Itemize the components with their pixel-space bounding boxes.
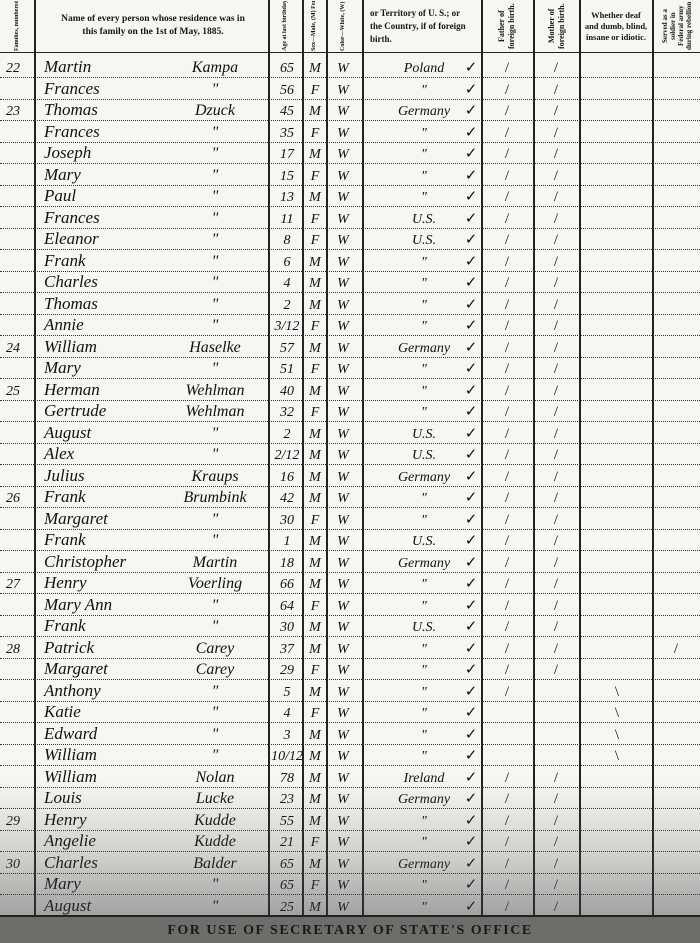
surname: Kampa (160, 55, 270, 78)
mother-foreign-mark: / (534, 786, 578, 809)
birthplace-check-mark: ✓ (462, 249, 480, 272)
birthplace-check-mark: ✓ (462, 743, 480, 766)
given-name: Edward (44, 722, 164, 745)
mother-foreign-mark: / (534, 765, 578, 788)
family-number (6, 464, 34, 487)
age: 23 (272, 786, 302, 809)
infirmity-mark (582, 356, 652, 379)
given-name: Frank (44, 614, 164, 637)
sex: F (304, 829, 326, 852)
surname: " (160, 679, 270, 702)
infirmity-mark (582, 55, 652, 78)
served-mark (654, 786, 698, 809)
infirmity-mark (582, 507, 652, 530)
surname: " (160, 77, 270, 100)
infirmity-mark: \ (582, 700, 652, 723)
father-foreign-mark: / (482, 55, 532, 78)
table-row: Frank"1MWU.S.//✓ (0, 528, 700, 551)
family-number (6, 765, 34, 788)
father-foreign-mark: / (482, 335, 532, 358)
family-number (6, 894, 34, 917)
birthplace-check-mark: ✓ (462, 894, 480, 917)
infirmity-mark (582, 872, 652, 895)
birthplace-check-mark: ✓ (462, 120, 480, 143)
sex: M (304, 421, 326, 444)
color: W (328, 464, 358, 487)
mother-foreign-mark: / (534, 184, 578, 207)
family-number: 22 (6, 55, 34, 78)
table-row: William"10/12MW"\✓ (0, 743, 700, 766)
birthplace-check-mark: ✓ (462, 464, 480, 487)
given-name: Margaret (44, 657, 164, 680)
infirmity-mark (582, 141, 652, 164)
sex: M (304, 528, 326, 551)
table-row: 26FrankBrumbink42MW"//✓ (0, 485, 700, 508)
infirmity-mark (582, 120, 652, 143)
mother-foreign-mark: / (534, 249, 578, 272)
age: 6 (272, 249, 302, 272)
infirmity-mark (582, 464, 652, 487)
footer-banner: FOR USE OF SECRETARY OF STATE'S OFFICE (0, 915, 700, 943)
age: 2 (272, 421, 302, 444)
color: W (328, 657, 358, 680)
age: 30 (272, 614, 302, 637)
served-mark (654, 700, 698, 723)
surname: " (160, 528, 270, 551)
infirmity-mark (582, 270, 652, 293)
father-foreign-mark: / (482, 679, 532, 702)
surname: Kraups (160, 464, 270, 487)
age: 5 (272, 679, 302, 702)
table-row: 28PatrickCarey37MW"///✓ (0, 636, 700, 659)
header-infirmity: Whether deaf and dumb, blind, insane or … (580, 0, 652, 52)
birthplace-check-mark: ✓ (462, 485, 480, 508)
surname: " (160, 700, 270, 723)
infirmity-mark: \ (582, 679, 652, 702)
age: 11 (272, 206, 302, 229)
birthplace-check-mark: ✓ (462, 184, 480, 207)
mother-foreign-mark: / (534, 292, 578, 315)
sex: M (304, 464, 326, 487)
infirmity-mark (582, 485, 652, 508)
father-foreign-mark: / (482, 593, 532, 616)
birthplace-check-mark: ✓ (462, 765, 480, 788)
infirmity-mark (582, 550, 652, 573)
sex: F (304, 593, 326, 616)
served-mark (654, 808, 698, 831)
header-birthplace: or Territory of U. S.; or the Country, i… (364, 0, 480, 52)
family-number (6, 270, 34, 293)
served-mark (654, 421, 698, 444)
given-name: Frank (44, 528, 164, 551)
family-number (6, 399, 34, 422)
age: 18 (272, 550, 302, 573)
column-header: Families, numbered in the order of visit… (0, 0, 700, 53)
infirmity-mark (582, 77, 652, 100)
surname: " (160, 141, 270, 164)
infirmity-mark (582, 399, 652, 422)
served-mark (654, 399, 698, 422)
surname: " (160, 356, 270, 379)
given-name: August (44, 894, 164, 917)
mother-foreign-mark: / (534, 442, 578, 465)
given-name: Anthony (44, 679, 164, 702)
served-mark (654, 120, 698, 143)
table-row: August"2MWU.S.//✓ (0, 421, 700, 444)
sex: M (304, 270, 326, 293)
family-number (6, 421, 34, 444)
sex: F (304, 657, 326, 680)
given-name: Martin (44, 55, 164, 78)
header-family: Families, numbered in the order of visit… (0, 0, 34, 52)
birthplace-check-mark: ✓ (462, 163, 480, 186)
sex: M (304, 894, 326, 917)
age: 64 (272, 593, 302, 616)
family-number (6, 120, 34, 143)
sex: M (304, 851, 326, 874)
age: 4 (272, 700, 302, 723)
age: 66 (272, 571, 302, 594)
color: W (328, 270, 358, 293)
infirmity-mark (582, 657, 652, 680)
family-number (6, 528, 34, 551)
surname: Dzuck (160, 98, 270, 121)
family-number (6, 249, 34, 272)
surname: " (160, 722, 270, 745)
surname: Brumbink (160, 485, 270, 508)
infirmity-mark (582, 378, 652, 401)
served-mark (654, 765, 698, 788)
given-name: Angelie (44, 829, 164, 852)
given-name: Henry (44, 571, 164, 594)
mother-foreign-mark: / (534, 270, 578, 293)
surname: Nolan (160, 765, 270, 788)
father-foreign-mark: / (482, 163, 532, 186)
color: W (328, 851, 358, 874)
age: 3 (272, 722, 302, 745)
color: W (328, 507, 358, 530)
surname: " (160, 614, 270, 637)
age: 57 (272, 335, 302, 358)
header-name: Name of every person whose residence was… (40, 0, 266, 52)
table-row: Thomas"2MW"//✓ (0, 292, 700, 315)
mother-foreign-mark: / (534, 98, 578, 121)
given-name: William (44, 743, 164, 766)
infirmity-mark (582, 98, 652, 121)
family-number (6, 829, 34, 852)
served-mark (654, 485, 698, 508)
age: 13 (272, 184, 302, 207)
given-name: Annie (44, 313, 164, 336)
mother-foreign-mark: / (534, 829, 578, 852)
birthplace-check-mark: ✓ (462, 872, 480, 895)
mother-foreign-mark (534, 722, 578, 745)
family-number (6, 872, 34, 895)
mother-foreign-mark (534, 743, 578, 766)
color: W (328, 722, 358, 745)
table-row: 27HenryVoerling66MW"//✓ (0, 571, 700, 594)
family-number (6, 227, 34, 250)
given-name: Gertrude (44, 399, 164, 422)
mother-foreign-mark: / (534, 356, 578, 379)
table-row: Joseph"17MW"//✓ (0, 141, 700, 164)
served-mark (654, 571, 698, 594)
given-name: Christopher (44, 550, 164, 573)
served-mark (654, 464, 698, 487)
family-number: 30 (6, 851, 34, 874)
given-name: Herman (44, 378, 164, 401)
mother-foreign-mark: / (534, 163, 578, 186)
birthplace-check-mark: ✓ (462, 571, 480, 594)
family-number (6, 593, 34, 616)
given-name: Thomas (44, 98, 164, 121)
color: W (328, 77, 358, 100)
color: W (328, 356, 358, 379)
header-father: Father of foreign birth. (482, 0, 532, 52)
surname: Kudde (160, 829, 270, 852)
birthplace-check-mark: ✓ (462, 851, 480, 874)
table-row: 22MartinKampa65MWPoland//✓ (0, 55, 700, 78)
header-sex: Sex—Male, (M) Female, (F) (302, 0, 326, 52)
infirmity-mark (582, 335, 652, 358)
color: W (328, 593, 358, 616)
infirmity-mark (582, 571, 652, 594)
birthplace-check-mark: ✓ (462, 700, 480, 723)
surname: Martin (160, 550, 270, 573)
color: W (328, 808, 358, 831)
father-foreign-mark: / (482, 227, 532, 250)
sex: M (304, 292, 326, 315)
birthplace-check-mark: ✓ (462, 507, 480, 530)
header-mother: Mother of foreign birth. (534, 0, 580, 52)
given-name: Louis (44, 786, 164, 809)
sex: F (304, 120, 326, 143)
mother-foreign-mark: / (534, 894, 578, 917)
sex: M (304, 98, 326, 121)
father-foreign-mark: / (482, 313, 532, 336)
table-row: Frances"56FW"//✓ (0, 77, 700, 100)
infirmity-mark (582, 292, 652, 315)
mother-foreign-mark: / (534, 77, 578, 100)
father-foreign-mark: / (482, 550, 532, 573)
family-number (6, 700, 34, 723)
given-name: August (44, 421, 164, 444)
surname: Haselke (160, 335, 270, 358)
birthplace-check-mark: ✓ (462, 55, 480, 78)
table-row: JuliusKraups16MWGermany//✓ (0, 464, 700, 487)
served-mark (654, 141, 698, 164)
infirmity-mark (582, 636, 652, 659)
served-mark (654, 679, 698, 702)
surname: Voerling (160, 571, 270, 594)
mother-foreign-mark: / (534, 141, 578, 164)
table-row: AngelieKudde21FW"//✓ (0, 829, 700, 852)
color: W (328, 571, 358, 594)
given-name: Frances (44, 120, 164, 143)
color: W (328, 528, 358, 551)
sex: M (304, 485, 326, 508)
birthplace-check-mark: ✓ (462, 77, 480, 100)
table-row: Mary"51FW"//✓ (0, 356, 700, 379)
sex: M (304, 184, 326, 207)
surname: " (160, 313, 270, 336)
father-foreign-mark: / (482, 528, 532, 551)
served-mark (654, 378, 698, 401)
given-name: Frank (44, 249, 164, 272)
age: 42 (272, 485, 302, 508)
header-age: Age at last birthday. If under one year,… (268, 0, 302, 52)
mother-foreign-mark: / (534, 571, 578, 594)
age: 40 (272, 378, 302, 401)
birthplace-check-mark: ✓ (462, 679, 480, 702)
father-foreign-mark: / (482, 636, 532, 659)
father-foreign-mark: / (482, 421, 532, 444)
age: 78 (272, 765, 302, 788)
age: 37 (272, 636, 302, 659)
father-foreign-mark: / (482, 808, 532, 831)
given-name: Mary (44, 872, 164, 895)
surname: Lucke (160, 786, 270, 809)
surname: " (160, 507, 270, 530)
served-mark (654, 722, 698, 745)
color: W (328, 442, 358, 465)
father-foreign-mark: / (482, 851, 532, 874)
mother-foreign-mark: / (534, 335, 578, 358)
sex: M (304, 442, 326, 465)
father-foreign-mark: / (482, 786, 532, 809)
color: W (328, 55, 358, 78)
age: 1 (272, 528, 302, 551)
infirmity-mark (582, 249, 652, 272)
father-foreign-mark: / (482, 120, 532, 143)
birthplace-check-mark: ✓ (462, 270, 480, 293)
sex: M (304, 571, 326, 594)
served-mark (654, 249, 698, 272)
color: W (328, 399, 358, 422)
age: 2 (272, 292, 302, 315)
color: W (328, 227, 358, 250)
age: 21 (272, 829, 302, 852)
age: 65 (272, 872, 302, 895)
family-number (6, 141, 34, 164)
infirmity-mark (582, 894, 652, 917)
mother-foreign-mark: / (534, 507, 578, 530)
table-row: Alex"2/12MWU.S.//✓ (0, 442, 700, 465)
sex: M (304, 743, 326, 766)
family-number (6, 657, 34, 680)
family-number (6, 679, 34, 702)
color: W (328, 765, 358, 788)
infirmity-mark (582, 614, 652, 637)
color: W (328, 786, 358, 809)
served-mark: / (654, 636, 698, 659)
infirmity-mark (582, 786, 652, 809)
infirmity-mark (582, 227, 652, 250)
sex: F (304, 77, 326, 100)
age: 45 (272, 98, 302, 121)
infirmity-mark (582, 528, 652, 551)
birthplace-check-mark: ✓ (462, 593, 480, 616)
father-foreign-mark: / (482, 98, 532, 121)
birthplace-check-mark: ✓ (462, 442, 480, 465)
father-foreign-mark: / (482, 442, 532, 465)
color: W (328, 378, 358, 401)
father-foreign-mark: / (482, 765, 532, 788)
table-row: August"25MW"//✓ (0, 894, 700, 917)
father-foreign-mark: / (482, 77, 532, 100)
family-number: 28 (6, 636, 34, 659)
age: 10/12 (272, 743, 302, 766)
father-foreign-mark: / (482, 894, 532, 917)
family-number: 26 (6, 485, 34, 508)
father-foreign-mark: / (482, 507, 532, 530)
infirmity-mark (582, 808, 652, 831)
table-row: Mary"15FW"//✓ (0, 163, 700, 186)
age: 4 (272, 270, 302, 293)
given-name: Patrick (44, 636, 164, 659)
father-foreign-mark: / (482, 184, 532, 207)
father-foreign-mark: / (482, 399, 532, 422)
sex: M (304, 636, 326, 659)
served-mark (654, 270, 698, 293)
birthplace-check-mark: ✓ (462, 528, 480, 551)
census-page: Families, numbered in the order of visit… (0, 0, 700, 943)
family-number (6, 722, 34, 745)
father-foreign-mark: / (482, 141, 532, 164)
served-mark (654, 335, 698, 358)
father-foreign-mark: / (482, 206, 532, 229)
infirmity-mark (582, 313, 652, 336)
sex: M (304, 765, 326, 788)
birthplace-check-mark: ✓ (462, 829, 480, 852)
mother-foreign-mark: / (534, 485, 578, 508)
age: 25 (272, 894, 302, 917)
given-name: Frances (44, 206, 164, 229)
surname: Wehlman (160, 399, 270, 422)
birthplace-check-mark: ✓ (462, 614, 480, 637)
color: W (328, 829, 358, 852)
father-foreign-mark: / (482, 378, 532, 401)
given-name: Joseph (44, 141, 164, 164)
sex: M (304, 378, 326, 401)
table-row: Frank"30MWU.S.//✓ (0, 614, 700, 637)
color: W (328, 249, 358, 272)
father-foreign-mark (482, 722, 532, 745)
color: W (328, 313, 358, 336)
served-mark (654, 55, 698, 78)
color: W (328, 636, 358, 659)
birthplace-check-mark: ✓ (462, 335, 480, 358)
family-number: 25 (6, 378, 34, 401)
father-foreign-mark: / (482, 270, 532, 293)
birthplace-check-mark: ✓ (462, 808, 480, 831)
color: W (328, 141, 358, 164)
family-number (6, 184, 34, 207)
sex: M (304, 679, 326, 702)
color: W (328, 421, 358, 444)
birthplace-check-mark: ✓ (462, 550, 480, 573)
table-row: Mary"65FW"//✓ (0, 872, 700, 895)
surname: " (160, 227, 270, 250)
father-foreign-mark: / (482, 292, 532, 315)
sex: F (304, 227, 326, 250)
served-mark (654, 313, 698, 336)
age: 35 (272, 120, 302, 143)
served-mark (654, 292, 698, 315)
sex: F (304, 163, 326, 186)
served-mark (654, 743, 698, 766)
age: 56 (272, 77, 302, 100)
